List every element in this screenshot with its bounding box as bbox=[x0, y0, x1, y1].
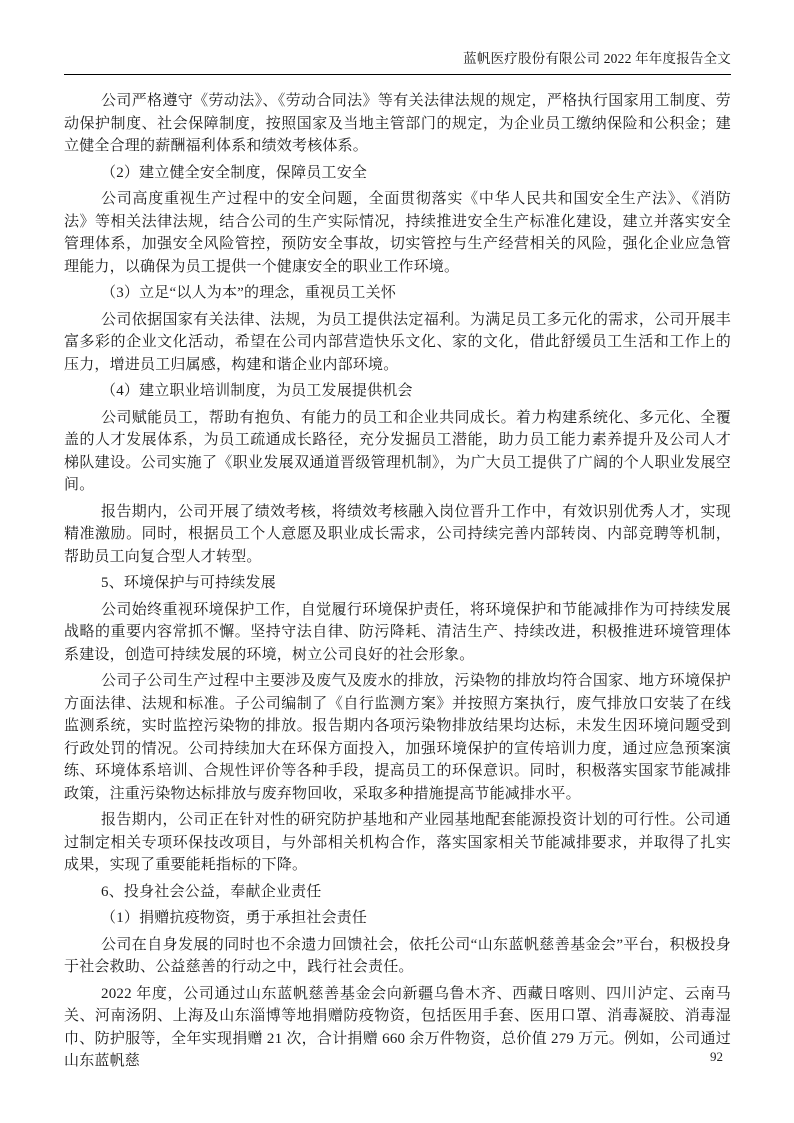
page-footer: 92 bbox=[631, 1049, 731, 1065]
section-heading: （1）捐赠抗疫物资，勇于承担社会责任 bbox=[64, 907, 731, 930]
report-header-title: 蓝帆医疗股份有限公司 2022 年年度报告全文 bbox=[463, 51, 731, 66]
body-paragraph: 报告期内，公司正在针对性的研究防护基地和产业园基地配套能源投资计划的可行性。公司… bbox=[64, 809, 731, 877]
body-paragraph: 公司在自身发展的同时也不余遗力回馈社会，依托公司“山东蓝帆慈善基金会”平台，积极… bbox=[64, 934, 731, 979]
section-heading: （4）建立职业培训制度，为员工发展提供机会 bbox=[64, 380, 731, 403]
document-body: 公司严格遵守《劳动法》、《劳动合同法》等有关法律法规的规定，严格执行国家用工制度… bbox=[64, 75, 731, 1073]
section-heading: （2）建立健全安全制度，保障员工安全 bbox=[64, 162, 731, 185]
section-heading: （3）立足“以人为本”的理念，重视员工关怀 bbox=[64, 282, 731, 305]
body-paragraph: 公司严格遵守《劳动法》、《劳动合同法》等有关法律法规的规定，严格执行国家用工制度… bbox=[64, 90, 731, 158]
section-heading: 5、环境保护与可持续发展 bbox=[64, 572, 731, 595]
body-paragraph: 公司高度重视生产过程中的安全问题，全面贯彻落实《中华人民共和国安全生产法》、《消… bbox=[64, 188, 731, 278]
body-paragraph: 报告期内，公司开展了绩效考核，将绩效考核融入岗位晋升工作中，有效识别优秀人才，实… bbox=[64, 501, 731, 569]
report-page: 蓝帆医疗股份有限公司 2022 年年度报告全文 公司严格遵守《劳动法》、《劳动合… bbox=[0, 0, 794, 1123]
body-paragraph: 公司始终重视环境保护工作，自觉履行环境保护责任，将环境保护和节能减排作为可持续发… bbox=[64, 599, 731, 667]
body-paragraph: 公司依据国家有关法律、法规，为员工提供法定福利。为满足员工多元化的需求，公司开展… bbox=[64, 309, 731, 377]
section-heading: 6、投身社会公益，奉献企业责任 bbox=[64, 881, 731, 904]
page-number: 92 bbox=[710, 1049, 723, 1064]
page-header: 蓝帆医疗股份有限公司 2022 年年度报告全文 bbox=[64, 0, 731, 68]
body-paragraph: 公司赋能员工，帮助有抱负、有能力的员工和企业共同成长。着力构建系统化、多元化、全… bbox=[64, 407, 731, 497]
body-paragraph: 公司子公司生产过程中主要涉及废气及废水的排放，污染物的排放均符合国家、地方环境保… bbox=[64, 670, 731, 805]
